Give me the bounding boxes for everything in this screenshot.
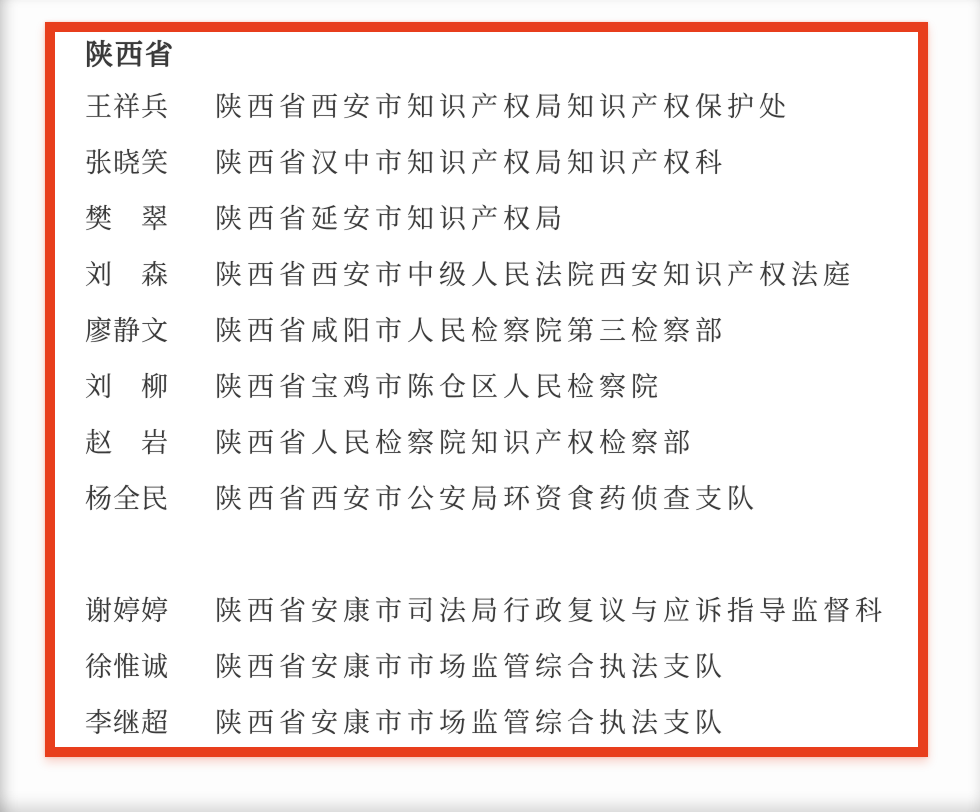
roster-row: 谢婷婷陕西省安康市司法局行政复议与应诉指导监督科 bbox=[85, 580, 904, 636]
person-name: 赵 岩 bbox=[85, 421, 215, 460]
person-name: 徐惟诚 bbox=[85, 645, 215, 684]
person-name: 刘 森 bbox=[85, 253, 215, 292]
person-name: 张晓笑 bbox=[85, 141, 215, 180]
roster-row: 王祥兵陕西省西安市知识产权局知识产权保护处 bbox=[85, 76, 904, 132]
person-organization: 陕西省咸阳市人民检察院第三检察部 bbox=[215, 309, 727, 348]
person-organization: 陕西省延安市知识产权局 bbox=[215, 197, 567, 236]
person-name: 廖静文 bbox=[85, 309, 215, 348]
roster-row: 刘 森陕西省西安市中级人民法院西安知识产权法庭 bbox=[85, 244, 904, 300]
roster-group: 王祥兵陕西省西安市知识产权局知识产权保护处张晓笑陕西省汉中市知识产权局知识产权科… bbox=[85, 76, 904, 524]
person-organization: 陕西省宝鸡市陈仓区人民检察院 bbox=[215, 365, 663, 404]
roster-row: 张晓笑陕西省汉中市知识产权局知识产权科 bbox=[85, 132, 904, 188]
province-heading: 陕西省 bbox=[85, 32, 904, 76]
red-border-frame: 陕西省 王祥兵陕西省西安市知识产权局知识产权保护处张晓笑陕西省汉中市知识产权局知… bbox=[45, 22, 928, 757]
roster-group: 谢婷婷陕西省安康市司法局行政复议与应诉指导监督科徐惟诚陕西省安康市市场监管综合执… bbox=[85, 580, 904, 748]
person-name: 杨全民 bbox=[85, 477, 215, 516]
person-organization: 陕西省西安市知识产权局知识产权保护处 bbox=[215, 85, 791, 124]
person-organization: 陕西省安康市司法局行政复议与应诉指导监督科 bbox=[215, 589, 887, 628]
roster-row: 徐惟诚陕西省安康市市场监管综合执法支队 bbox=[85, 636, 904, 692]
person-organization: 陕西省人民检察院知识产权检察部 bbox=[215, 421, 695, 460]
person-organization: 陕西省西安市公安局环资食药侦查支队 bbox=[215, 477, 759, 516]
roster-row: 樊 翠陕西省延安市知识产权局 bbox=[85, 188, 904, 244]
person-name: 王祥兵 bbox=[85, 85, 215, 124]
roster-row: 廖静文陕西省咸阳市人民检察院第三检察部 bbox=[85, 300, 904, 356]
roster-row: 刘 柳陕西省宝鸡市陈仓区人民检察院 bbox=[85, 356, 904, 412]
roster-row: 李继超陕西省安康市市场监管综合执法支队 bbox=[85, 692, 904, 748]
person-organization: 陕西省西安市中级人民法院西安知识产权法庭 bbox=[215, 253, 855, 292]
roster-list: 王祥兵陕西省西安市知识产权局知识产权保护处张晓笑陕西省汉中市知识产权局知识产权科… bbox=[85, 76, 904, 748]
person-name: 李继超 bbox=[85, 701, 215, 740]
person-name: 刘 柳 bbox=[85, 365, 215, 404]
person-name: 樊 翠 bbox=[85, 197, 215, 236]
person-name: 谢婷婷 bbox=[85, 589, 215, 628]
person-organization: 陕西省安康市市场监管综合执法支队 bbox=[215, 701, 727, 740]
person-organization: 陕西省安康市市场监管综合执法支队 bbox=[215, 645, 727, 684]
roster-row: 赵 岩陕西省人民检察院知识产权检察部 bbox=[85, 412, 904, 468]
person-organization: 陕西省汉中市知识产权局知识产权科 bbox=[215, 141, 727, 180]
roster-row: 杨全民陕西省西安市公安局环资食药侦查支队 bbox=[85, 468, 904, 524]
